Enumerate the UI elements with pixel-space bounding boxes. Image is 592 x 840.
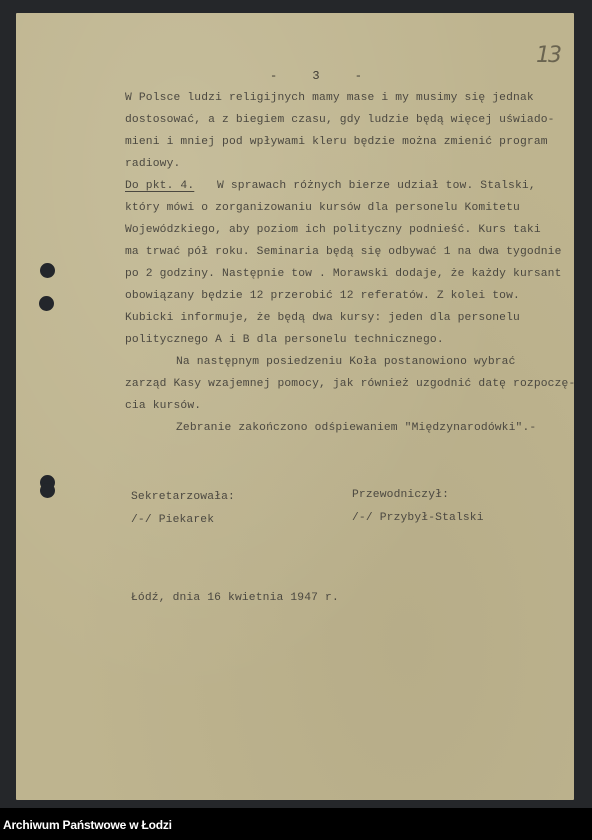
text-line: Wojewódzkiego, aby poziom ich polityczny…: [125, 224, 541, 236]
text-line: który mówi o zorganizowaniu kursów dla p…: [125, 202, 520, 214]
text-line: W Polsce ludzi religijnych mamy mase i m…: [125, 92, 534, 104]
point-label: Do pkt. 4.: [125, 180, 194, 192]
text-line: ma trwać pół roku. Seminaria będą się od…: [125, 246, 562, 258]
signature-right-title: Przewodniczył:: [352, 489, 449, 501]
text-line: W sprawach różnych bierze udział tow. St…: [217, 180, 536, 192]
text-line: zarząd Kasy wzajemnej pomocy, jak równie…: [125, 378, 575, 390]
signature-right-name: /-/ Przybył-Stalski: [352, 512, 484, 524]
text-line: politycznego A i B dla personelu technic…: [125, 334, 444, 346]
text-line: cia kursów.: [125, 400, 201, 412]
text-line: obowiązany będzie 12 przerobić 12 refera…: [125, 290, 520, 302]
folio-number: 13: [536, 43, 560, 68]
text-line: radiowy.: [125, 158, 180, 170]
punch-hole: [40, 263, 55, 278]
place-date: Łódź, dnia 16 kwietnia 1947 r.: [131, 592, 339, 604]
punch-hole: [40, 483, 55, 498]
signature-left-name: /-/ Piekarek: [131, 514, 214, 526]
text-line: po 2 godziny. Następnie tow . Morawski d…: [125, 268, 562, 280]
punch-hole: [39, 296, 54, 311]
text-line: mieni i mniej pod wpływami kleru będzie …: [125, 136, 548, 148]
closing-line: Zebranie zakończono odśpiewaniem "Między…: [176, 422, 536, 434]
text-line: dostosować, a z biegiem czasu, gdy ludzi…: [125, 114, 555, 126]
document-page: 13 - 3 - W Polsce ludzi religijnych mamy…: [16, 13, 574, 800]
text-line: Kubicki informuje, że będą dwa kursy: je…: [125, 312, 520, 324]
text-line: Na następnym posiedzeniu Koła postanowio…: [176, 356, 516, 368]
page-number: - 3 -: [270, 69, 362, 83]
signature-left-title: Sekretarzowała:: [131, 491, 235, 503]
archive-credit: Archiwum Państwowe w Łodzi: [3, 818, 172, 832]
